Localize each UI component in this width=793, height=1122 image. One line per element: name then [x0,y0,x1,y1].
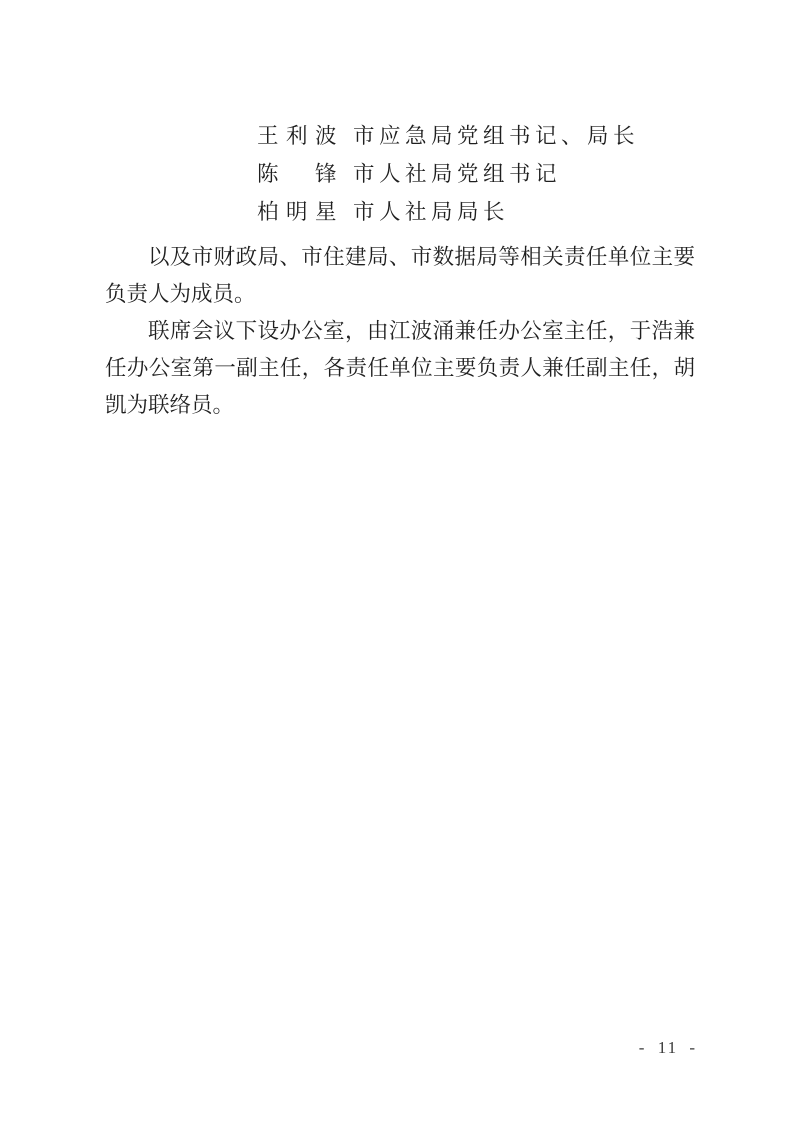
document-page: 王利波 市应急局党组书记、局长 陈 锋 市人社局党组书记 柏明星 市人社局局长 … [0,0,793,1122]
appointee-title: 市人社局局长 [353,195,509,226]
appointee-row: 陈 锋 市人社局党组书记 [257,153,639,191]
appointee-row: 王利波 市应急局党组书记、局长 [257,115,639,153]
appointee-name: 陈 锋 [257,157,353,188]
page-number: - 11 - [639,1038,697,1058]
appointee-name: 王利波 [257,119,353,150]
body-paragraphs: 以及市财政局、市住建局、市数据局等相关责任单位主要负责人为成员。 联席会议下设办… [105,239,695,424]
paragraph-office: 联席会议下设办公室，由江波涌兼任办公室主任，于浩兼任办公室第一副主任，各责任单位… [105,313,695,424]
appointee-name: 柏明星 [257,195,353,226]
appointee-list: 王利波 市应急局党组书记、局长 陈 锋 市人社局党组书记 柏明星 市人社局局长 [257,115,639,229]
appointee-title: 市人社局党组书记 [353,157,561,188]
appointee-title: 市应急局党组书记、局长 [353,119,639,150]
appointee-row: 柏明星 市人社局局长 [257,191,639,229]
paragraph-members: 以及市财政局、市住建局、市数据局等相关责任单位主要负责人为成员。 [105,239,695,313]
